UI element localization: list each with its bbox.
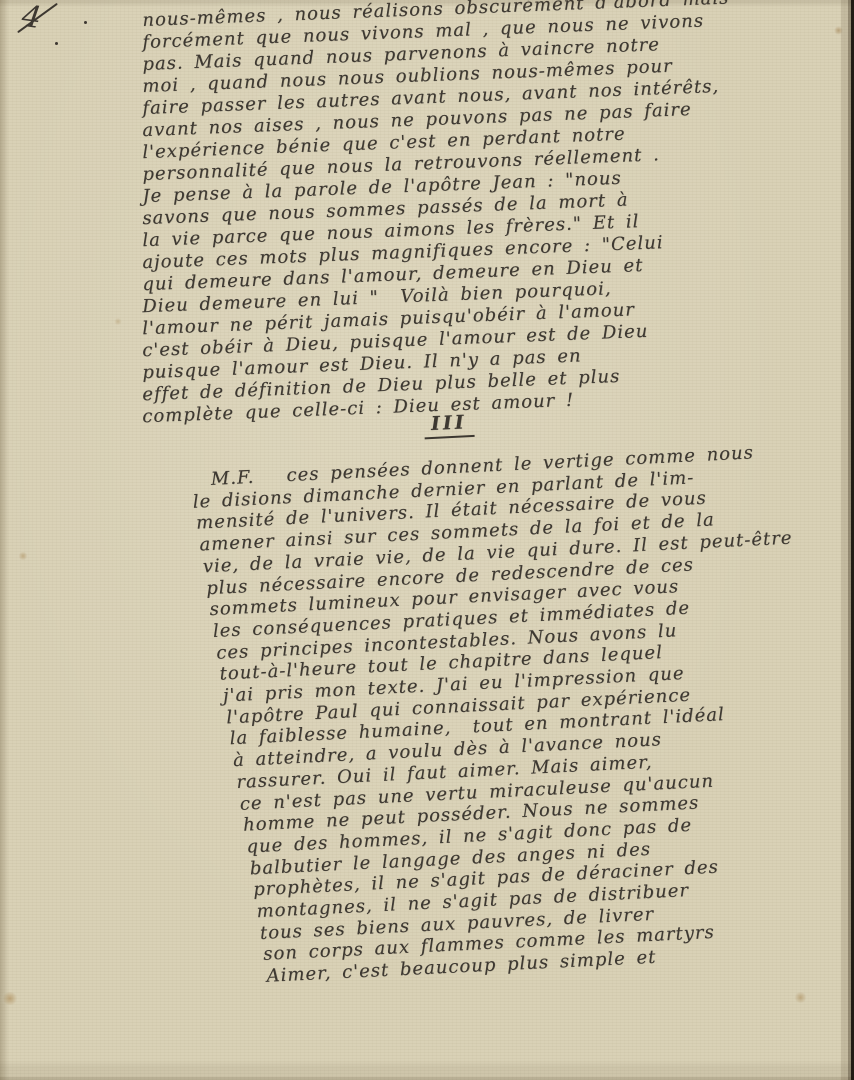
page-number: 4 <box>20 0 44 36</box>
ink-speck <box>84 21 87 24</box>
section-2: III M.F. ces pensées donnent le vertige … <box>186 381 813 990</box>
section-heading: III <box>423 410 474 439</box>
ink-speck <box>55 42 58 45</box>
foxing-spot <box>834 26 843 35</box>
section-1: nous-mêmes , nous réalisons obscurément … <box>142 0 745 428</box>
foxing-spot <box>794 992 807 1003</box>
foxing-spot <box>114 318 122 325</box>
foxing-spot <box>18 552 28 560</box>
manuscript-page: 4 nous-mêmes , nous réalisons obscurémen… <box>0 0 854 1080</box>
foxing-spot <box>2 992 18 1005</box>
section-2-lines: M.F. ces pensées donnent le vertige comm… <box>189 441 813 991</box>
